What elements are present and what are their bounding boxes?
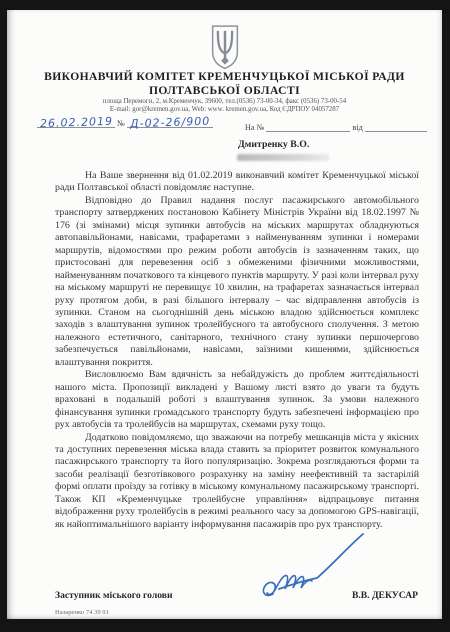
reference-row: 26.02.2019 № Д-02-26/900 На № від: [37, 114, 434, 140]
signer-name: В.В. ДЕКУСАР: [352, 590, 418, 601]
executor-note: Назаренко 74 39 91: [55, 609, 109, 616]
handwritten-date: 26.02.2019: [39, 115, 112, 131]
org-name-line1: ВИКОНАВЧИЙ КОМІТЕТ КРЕМЕНЧУЦЬКОЇ МІСЬКОЇ…: [7, 70, 442, 83]
reply-from-label: від: [353, 123, 363, 132]
org-contact-line: E-mail: gor@kremen.gov.ua, Web: www. kre…: [7, 106, 442, 113]
handwritten-number: Д-02-26/900: [130, 115, 211, 131]
number-blank-line: Д-02-26/900: [127, 116, 213, 128]
org-address-line: площа Перемоги, 2, м.Кременчук, 39600, т…: [7, 98, 442, 105]
paragraph-2: Відповідно до Правил надання послуг паса…: [55, 195, 419, 369]
paragraph-1: На Ваше звернення від 01.02.2019 виконав…: [55, 170, 419, 195]
reply-no-blank-line: [266, 120, 350, 132]
paragraph-3: Висловлюємо Вам вдячність за небайдужіст…: [55, 369, 419, 431]
paragraph-4: Додатково повідомляємо, що зважаючи на п…: [55, 432, 419, 532]
org-name-line2: ПОЛТАВСЬКОЇ ОБЛАСТІ: [7, 84, 442, 97]
ukraine-trident-emblem-icon: [206, 24, 244, 75]
reply-date-blank-line: [365, 120, 427, 132]
number-sign-label: №: [117, 119, 125, 128]
letter-body: На Ваше звернення від 01.02.2019 виконав…: [55, 170, 419, 531]
outgoing-reference: 26.02.2019 № Д-02-26/900: [37, 116, 213, 128]
reply-no-label: На №: [245, 123, 264, 132]
signer-position: Заступник міського голови: [55, 590, 173, 601]
scanned-letter-photo: ВИКОНАВЧИЙ КОМІТЕТ КРЕМЕНЧУЦЬКОЇ МІСЬКОЇ…: [0, 0, 450, 632]
incoming-reference: На № від: [245, 120, 427, 132]
date-blank-line: 26.02.2019: [37, 116, 115, 128]
letter-page: ВИКОНАВЧИЙ КОМІТЕТ КРЕМЕНЧУЦЬКОЇ МІСЬКОЇ…: [7, 10, 442, 619]
redacted-address-smudge: [237, 154, 329, 161]
recipient-name: Дмитренку В.О.: [238, 139, 309, 150]
